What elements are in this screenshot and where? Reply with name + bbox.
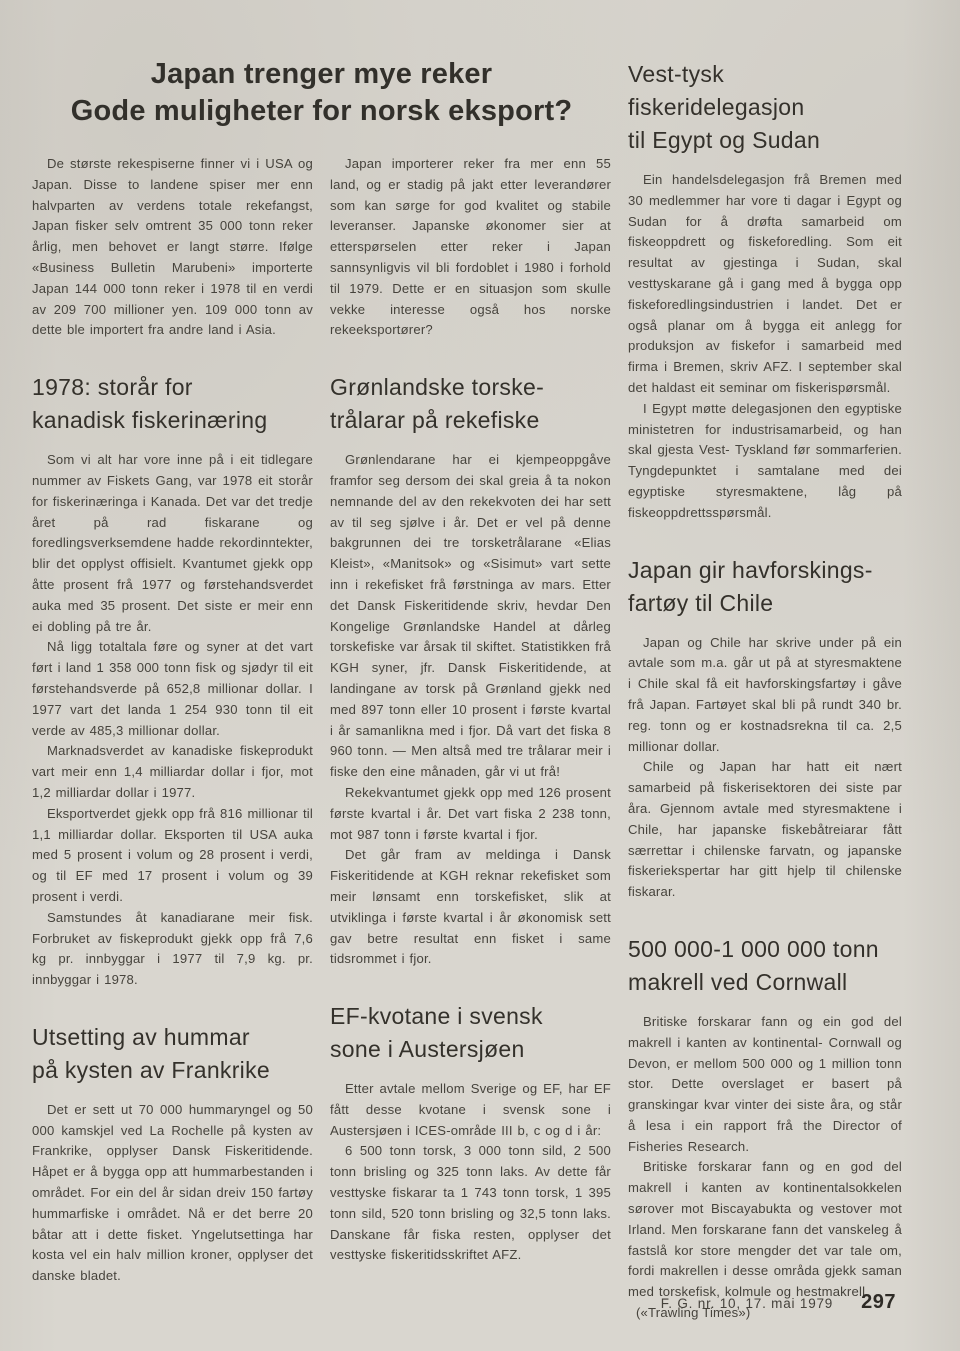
ef-quotas-title-line2: sone i Austersjøen <box>330 1036 525 1062</box>
ef-quotas-paragraph: Etter avtale mellom Sverige og EF, har E… <box>330 1079 611 1141</box>
cornwall-title-line2: makrell ved Cornwall <box>628 969 847 995</box>
west-german-title-line1: Vest-tysk fiskeridelegasjon <box>628 61 804 120</box>
article-title-cornwall: 500 000-1 000 000 tonn makrell ved Cornw… <box>628 933 902 999</box>
article-title-ef-quotas: EF-kvotane i svensk sone i Austersjøen <box>330 1000 611 1066</box>
cornwall-paragraph: Britiske forskarar fann og en god del ma… <box>628 1157 902 1303</box>
lead-paragraph-right: Japan importerer reker fra mer enn 55 la… <box>330 154 611 341</box>
canada-paragraph: Samstundes åt kanadiarane meir fisk. For… <box>32 908 313 991</box>
column-left: De største rekespiserne finner vi i USA … <box>32 154 313 1287</box>
footer-issue-info: F. G. nr. 10, 17. mai 1979 <box>661 1296 833 1311</box>
greenland-paragraph: Grønlendarane har ei kjempeoppgåve framf… <box>330 450 611 783</box>
magazine-page: Japan trenger mye reker Gode muligheter … <box>0 0 960 1351</box>
footer-page-number: 297 <box>861 1291 896 1314</box>
greenland-title-line1: Grønlandske torske- <box>330 374 544 400</box>
canada-paragraph: Som vi alt har vore inne på i eit tidleg… <box>32 450 313 637</box>
cornwall-title-line1: 500 000-1 000 000 tonn <box>628 936 879 962</box>
canada-title-line2: kanadisk fiskerinæring <box>32 407 267 433</box>
canada-paragraph: Nå ligg totaltala føre og syner at det v… <box>32 637 313 741</box>
article-title-greenland: Grønlandske torske- trålarar på rekefisk… <box>330 371 611 437</box>
ef-quotas-title-line1: EF-kvotane i svensk <box>330 1003 543 1029</box>
west-german-title-line2: til Egypt og Sudan <box>628 127 820 153</box>
column-right: Vest-tysk fiskeridelegasjon til Egypt og… <box>628 52 902 1324</box>
article-title-lobster: Utsetting av hummar på kysten av Frankri… <box>32 1021 313 1087</box>
lead-paragraph-left: De største rekespiserne finner vi i USA … <box>32 154 313 341</box>
lobster-title-line1: Utsetting av hummar <box>32 1024 250 1050</box>
page-columns: Japan trenger mye reker Gode muligheter … <box>32 52 902 1324</box>
article-title-canada: 1978: storår for kanadisk fiskerinæring <box>32 371 313 437</box>
lead-article-title: Japan trenger mye reker Gode muligheter … <box>32 56 611 130</box>
greenland-paragraph: Det går fram av meldinga i Dansk Fiskeri… <box>330 845 611 970</box>
chile-paragraph: Japan og Chile har skrive under på ein a… <box>628 633 902 758</box>
west-german-paragraph: I Egypt møtte delegasjonen den egyptiske… <box>628 399 902 524</box>
chile-title-line2: fartøy til Chile <box>628 590 773 616</box>
lead-article-area: Japan trenger mye reker Gode muligheter … <box>32 52 611 1324</box>
cornwall-paragraph: Britiske forskarar fann og ein god del m… <box>628 1012 902 1158</box>
page-footer: F. G. nr. 10, 17. mai 1979 297 <box>661 1291 896 1314</box>
lead-title-line1: Japan trenger mye reker <box>151 58 493 90</box>
lobster-title-line2: på kysten av Frankrike <box>32 1057 270 1083</box>
greenland-paragraph: Rekekvantumet gjekk opp med 126 prosent … <box>330 783 611 845</box>
chile-paragraph: Chile og Japan har hatt eit nært samarbe… <box>628 757 902 903</box>
canada-title-line1: 1978: storår for <box>32 374 193 400</box>
lead-article-columns: De største rekespiserne finner vi i USA … <box>32 154 611 1287</box>
canada-paragraph: Eksportverdet gjekk opp frå 816 milliona… <box>32 804 313 908</box>
column-middle: Japan importerer reker fra mer enn 55 la… <box>330 154 611 1287</box>
west-german-paragraph: Ein handelsdelegasjon frå Bremen med 30 … <box>628 170 902 399</box>
article-title-west-german: Vest-tysk fiskeridelegasjon til Egypt og… <box>628 58 902 157</box>
lobster-paragraph: Det er sett ut 70 000 hummaryngel og 50 … <box>32 1100 313 1287</box>
greenland-title-line2: trålarar på rekefiske <box>330 407 540 433</box>
canada-paragraph: Marknadsverdet av kanadiske fiskeprodukt… <box>32 741 313 803</box>
chile-title-line1: Japan gir havforskings- <box>628 557 873 583</box>
article-title-chile: Japan gir havforskings- fartøy til Chile <box>628 554 902 620</box>
lead-title-line2: Gode muligheter for norsk eksport? <box>71 95 573 127</box>
ef-quotas-paragraph: 6 500 tonn torsk, 3 000 tonn sild, 2 500… <box>330 1141 611 1266</box>
